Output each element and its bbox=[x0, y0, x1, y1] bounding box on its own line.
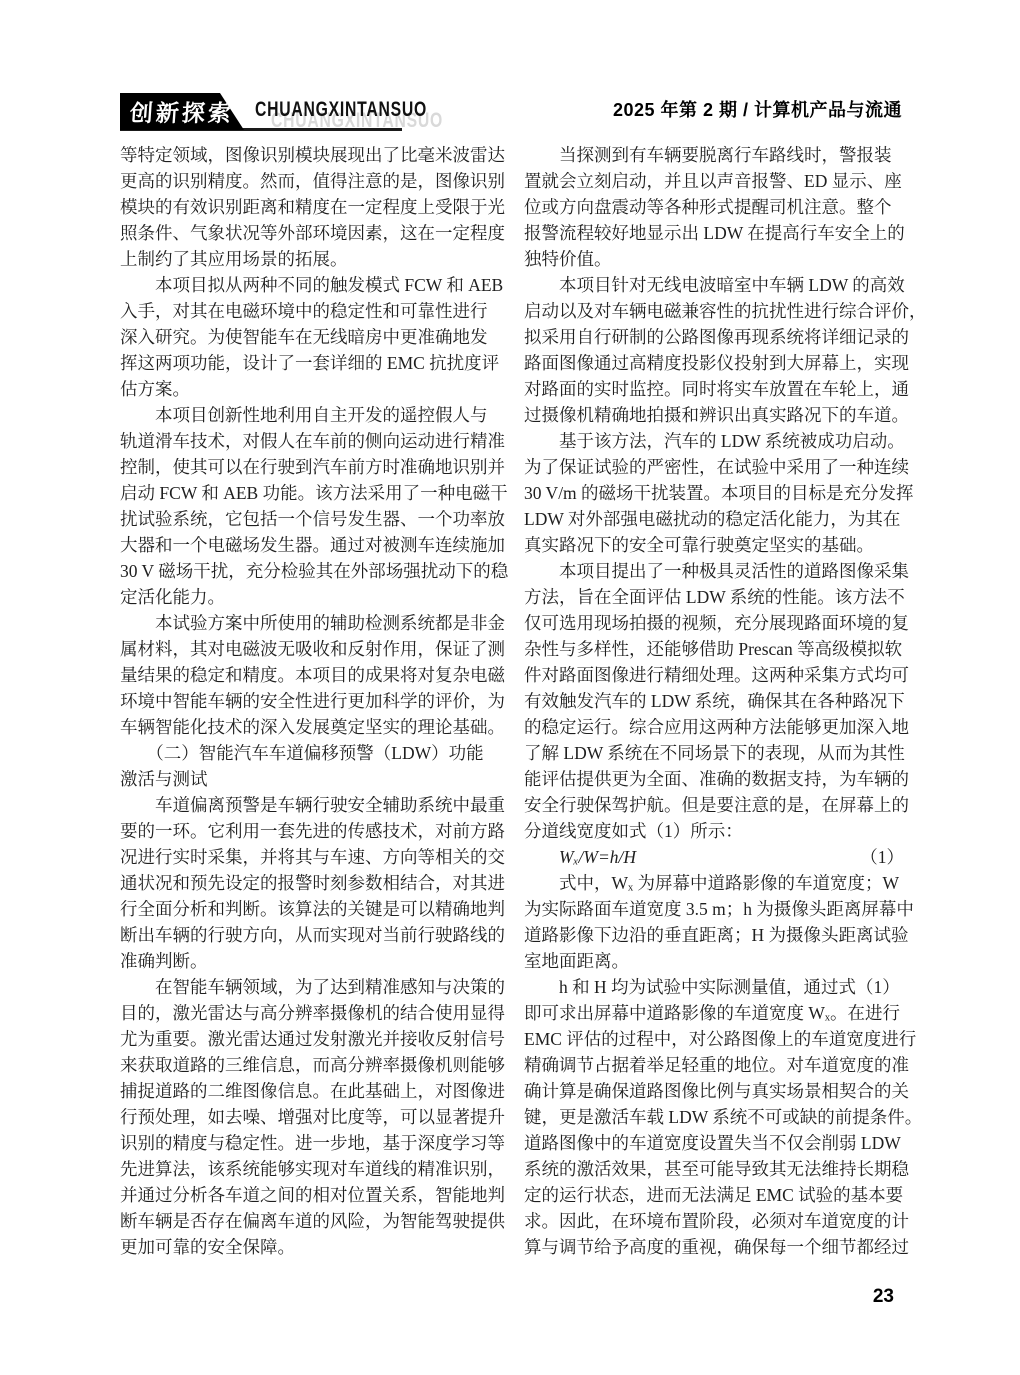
text-line: 位或方向盘震动等各种形式提醒司机注意。整个 bbox=[524, 194, 904, 220]
left-column: 等特定领域，图像识别模块展现出了比毫米波雷达更高的识别精度。然而，值得注意的是，… bbox=[120, 142, 500, 1260]
text-line: 车道偏离预警是车辆行驶安全辅助系统中最重 bbox=[120, 792, 500, 818]
text-line: 通状况和预先设定的报警时刻参数相结合，对其进 bbox=[120, 870, 500, 896]
text-line: 估方案。 bbox=[120, 376, 500, 402]
text-line: 车辆智能化技术的深入发展奠定坚实的理论基础。 bbox=[120, 714, 500, 740]
text-line: 照条件、气象状况等外部环境因素，这在一定程度 bbox=[120, 220, 500, 246]
text-line: 启动 FCW 和 AEB 功能。该方法采用了一种电磁干 bbox=[120, 480, 500, 506]
text-line: 量结果的稳定和精度。本项目的成果将对复杂电磁 bbox=[120, 662, 500, 688]
text-line: 等特定领域，图像识别模块展现出了比毫米波雷达 bbox=[120, 142, 500, 168]
page-number: 23 bbox=[873, 1286, 894, 1308]
text-line: h 和 H 均为试验中实际测量值，通过式（1） bbox=[524, 974, 904, 1000]
text-line: 上制约了其应用场景的拓展。 bbox=[120, 246, 500, 272]
text-line: （二）智能汽车车道偏移预警（LDW）功能 bbox=[120, 740, 500, 766]
text-line: 道路影像下边沿的垂直距离；H 为摄像头距离试验 bbox=[524, 922, 904, 948]
text-line: 道路图像中的车道宽度设置失当不仅会削弱 LDW bbox=[524, 1130, 904, 1156]
text-line: 本项目针对无线电波暗室中车辆 LDW 的高效 bbox=[524, 272, 904, 298]
text-line: 即可求出屏幕中道路影像的车道宽度 Wₓ。在进行 bbox=[524, 1000, 904, 1026]
text-line: 来获取道路的三维信息，而高分辨率摄像机则能够 bbox=[120, 1052, 500, 1078]
journal-page: 创新探索 CHUANGXINTANSUO CHUANGXINTANSUO 202… bbox=[0, 0, 1020, 1375]
text-line: 大器和一个电磁场发生器。通过对被测车连续施加 bbox=[120, 532, 500, 558]
text-line: 过摄像机精确地拍摄和辨识出真实路况下的车道。 bbox=[524, 402, 904, 428]
text-line: EMC 评估的过程中，对公路图像上的车道宽度进行 bbox=[524, 1026, 904, 1052]
text-line: 算与调节给予高度的重视，确保每一个细节都经过 bbox=[524, 1234, 904, 1260]
text-line: 尤为重要。激光雷达通过发射激光并接收反射信号 bbox=[120, 1026, 500, 1052]
text-line: 安全行驶保驾护航。但是要注意的是，在屏幕上的 bbox=[524, 792, 904, 818]
text-line: 有效触发汽车的 LDW 系统，确保其在各种路况下 bbox=[524, 688, 904, 714]
text-line: 式中，Wₓ 为屏幕中道路影像的车道宽度；W bbox=[524, 870, 904, 896]
text-line: 的稳定运行。综合应用这两种方法能够更加深入地 bbox=[524, 714, 904, 740]
section-badge: 创新探索 bbox=[120, 93, 244, 130]
text-line: LDW 对外部强电磁扰动的稳定活化能力，为其在 bbox=[524, 506, 904, 532]
text-line: 能评估提供更为全面、准确的数据支持，为车辆的 bbox=[524, 766, 904, 792]
text-line: 确计算是确保道路图像比例与真实场景相契合的关 bbox=[524, 1078, 904, 1104]
text-line: 先进算法，该系统能够实现对车道线的精准识别， bbox=[120, 1156, 500, 1182]
text-line: 断车辆是否存在偏离车道的风险，为智能驾驶提供 bbox=[120, 1208, 500, 1234]
text-line: 基于该方法，汽车的 LDW 系统被成功启动。 bbox=[524, 428, 904, 454]
text-line: 目的，激光雷达与高分辨率摄像机的结合使用显得 bbox=[120, 1000, 500, 1026]
text-line: 仅可选用现场拍摄的视频，充分展现路面环境的复 bbox=[524, 610, 904, 636]
text-line: 了解 LDW 系统在不同场景下的表现，从而为其性 bbox=[524, 740, 904, 766]
text-line: 键，更是激活车载 LDW 系统不可或缺的前提条件。 bbox=[524, 1104, 904, 1130]
text-line: 方法，旨在全面评估 LDW 系统的性能。该方法不 bbox=[524, 584, 904, 610]
text-line: 更加可靠的安全保障。 bbox=[120, 1234, 500, 1260]
text-line: 定的运行状态，进而无法满足 EMC 试验的基本要 bbox=[524, 1182, 904, 1208]
text-line: 行预处理，如去噪、增强对比度等，可以显著提升 bbox=[120, 1104, 500, 1130]
text-line: 挥这两项功能，设计了一套详细的 EMC 抗扰度评 bbox=[120, 350, 500, 376]
text-line: 30 V 磁场干扰，充分检验其在外部场强扰动下的稳 bbox=[120, 558, 500, 584]
text-line: 30 V/m 的磁场干扰装置。本项目的目标是充分发挥 bbox=[524, 480, 904, 506]
text-line: 置就会立刻启动，并且以声音报警、ED 显示、座 bbox=[524, 168, 904, 194]
text-line: 入手，对其在电磁环境中的稳定性和可靠性进行 bbox=[120, 298, 500, 324]
text-line: 本项目创新性地利用自主开发的遥控假人与 bbox=[120, 402, 500, 428]
text-line: 当探测到有车辆要脱离行车路线时，警报装 bbox=[524, 142, 904, 168]
text-line: 断出车辆的行驶方向，从而实现对当前行驶路线的 bbox=[120, 922, 500, 948]
text-line: 模块的有效识别距离和精度在一定程度上受限于光 bbox=[120, 194, 500, 220]
text-line: 杂性与多样性，还能够借助 Prescan 等高级模拟软 bbox=[524, 636, 904, 662]
text-line: 拟采用自行研制的公路图像再现系统将详细记录的 bbox=[524, 324, 904, 350]
formula-expression: Wₓ/W=h/H bbox=[559, 844, 636, 870]
text-line: 真实路况下的安全可靠行驶奠定坚实的基础。 bbox=[524, 532, 904, 558]
text-line: 激活与测试 bbox=[120, 766, 500, 792]
text-line: 对路面的实时监控。同时将实车放置在车轮上，通 bbox=[524, 376, 904, 402]
text-line: 启动以及对车辆电磁兼容性的抗扰性进行综合评价， bbox=[524, 298, 904, 324]
text-line: 环境中智能车辆的安全性进行更加科学的评价，为 bbox=[120, 688, 500, 714]
text-line: 在智能车辆领域，为了达到精准感知与决策的 bbox=[120, 974, 500, 1000]
text-line: 属材料，其对电磁波无吸收和反射作用，保证了测 bbox=[120, 636, 500, 662]
formula-line: Wₓ/W=h/H （1） bbox=[524, 844, 904, 870]
formula-number: （1） bbox=[860, 844, 904, 870]
text-line: 分道线宽度如式（1）所示： bbox=[524, 818, 904, 844]
text-line: 况进行实时采集，并将其与车速、方向等相关的交 bbox=[120, 844, 500, 870]
text-line: 并通过分析各车道之间的相对位置关系，智能地判 bbox=[120, 1182, 500, 1208]
text-line: 轨道滑车技术，对假人在车前的侧向运动进行精准 bbox=[120, 428, 500, 454]
text-line: 系统的激活效果，甚至可能导致其无法维持长期稳 bbox=[524, 1156, 904, 1182]
text-line: 准确判断。 bbox=[120, 948, 500, 974]
text-line: 为了保证试验的严密性，在试验中采用了一种连续 bbox=[524, 454, 904, 480]
text-line: 要的一环。它利用一套先进的传感技术，对前方路 bbox=[120, 818, 500, 844]
text-line: 本项目提出了一种极具灵活性的道路图像采集 bbox=[524, 558, 904, 584]
text-line: 件对路面图像进行精细处理。这两种采集方式均可 bbox=[524, 662, 904, 688]
text-line: 精确调节占据着举足轻重的地位。对车道宽度的准 bbox=[524, 1052, 904, 1078]
text-line: 本项目拟从两种不同的触发模式 FCW 和 AEB bbox=[120, 272, 500, 298]
text-line: 控制，使其可以在行驶到汽车前方时准确地识别并 bbox=[120, 454, 500, 480]
text-line: 行全面分析和判断。该算法的关键是可以精确地判 bbox=[120, 896, 500, 922]
issue-info: 2025 年第 2 期 / 计算机产品与流通 bbox=[613, 96, 902, 122]
right-column: 当探测到有车辆要脱离行车路线时，警报装置就会立刻启动，并且以声音报警、ED 显示… bbox=[524, 142, 904, 1260]
text-line: 室地面距离。 bbox=[524, 948, 904, 974]
text-line: 路面图像通过高精度投影仪投射到大屏幕上，实现 bbox=[524, 350, 904, 376]
text-line: 识别的精度与稳定性。进一步地，基于深度学习等 bbox=[120, 1130, 500, 1156]
right-column-lower: 式中，Wₓ 为屏幕中道路影像的车道宽度；W为实际路面车道宽度 3.5 m；h 为… bbox=[524, 870, 904, 1260]
text-line: 报警流程较好地显示出 LDW 在提高行车安全上的 bbox=[524, 220, 904, 246]
text-line: 本试验方案中所使用的辅助检测系统都是非金 bbox=[120, 610, 500, 636]
text-line: 为实际路面车道宽度 3.5 m；h 为摄像头距离屏幕中 bbox=[524, 896, 904, 922]
text-line: 深入研究。为使智能车在无线暗房中更准确地发 bbox=[120, 324, 500, 350]
text-line: 捕捉道路的二维图像信息。在此基础上，对图像进 bbox=[120, 1078, 500, 1104]
text-line: 扰试验系统，它包括一个信号发生器、一个功率放 bbox=[120, 506, 500, 532]
right-column-upper: 当探测到有车辆要脱离行车路线时，警报装置就会立刻启动，并且以声音报警、ED 显示… bbox=[524, 142, 904, 844]
section-pinyin: CHUANGXINTANSUO bbox=[255, 98, 427, 122]
text-line: 求。因此，在环境布置阶段，必须对车道宽度的计 bbox=[524, 1208, 904, 1234]
text-line: 定活化能力。 bbox=[120, 584, 500, 610]
text-line: 更高的识别精度。然而，值得注意的是，图像识别 bbox=[120, 168, 500, 194]
text-line: 独特价值。 bbox=[524, 246, 904, 272]
section-badge-label: 创新探索 bbox=[129, 95, 235, 128]
